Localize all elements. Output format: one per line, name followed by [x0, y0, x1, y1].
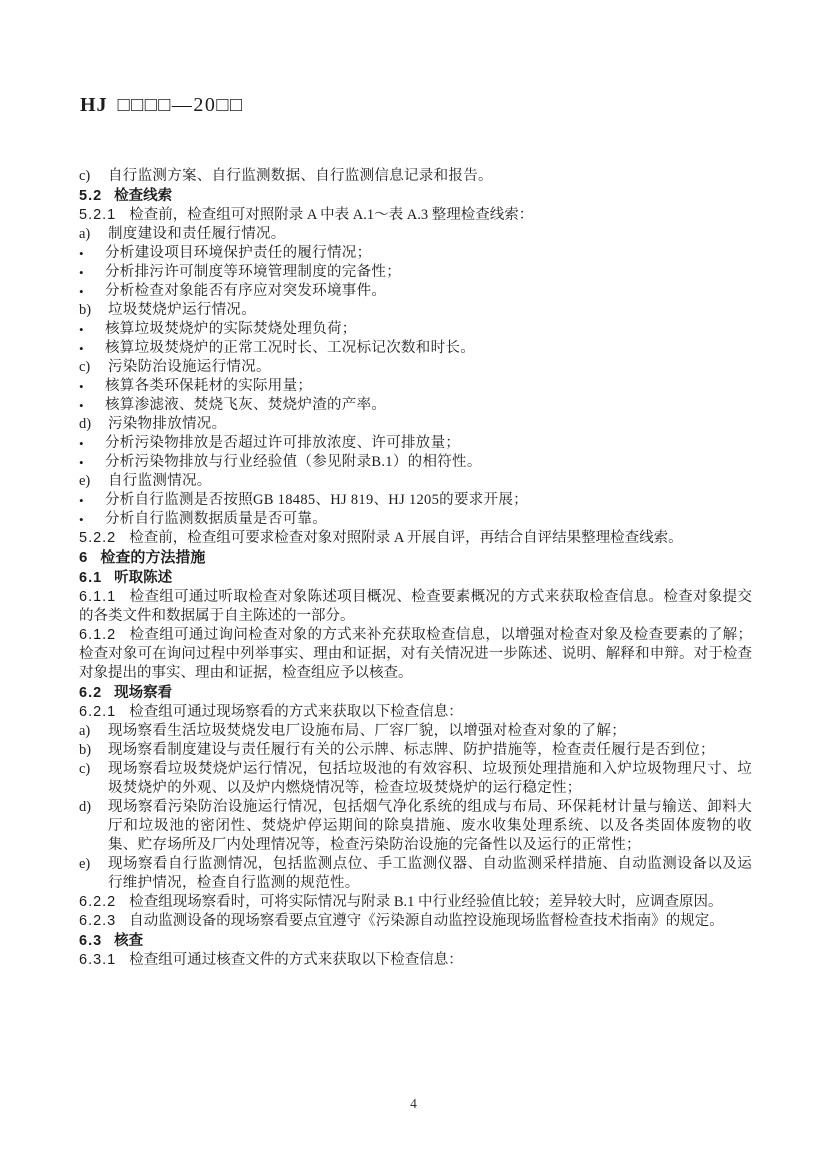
page-number: 4 — [0, 1096, 827, 1112]
clause-text: 检查组现场察看时，可将实际情况与附录 B.1 中行业经验值比较；差异较大时，应调… — [129, 894, 722, 910]
list-item-text: 现场察看自行监测情况，包括监测点位、手工监测仪器、自动监测采样措施、自动监测设备… — [108, 855, 752, 893]
list-item-text: 污染物排放情况。 — [108, 415, 752, 434]
list-item-text: 垃圾焚烧炉运行情况。 — [108, 301, 752, 320]
list-item-text: 分析污染物排放与行业经验值（参见附录B.1）的相符性。 — [105, 453, 752, 472]
list-item-text: 分析污染物排放是否超过许可排放浓度、许可排放量； — [105, 434, 752, 453]
list-item-text: 核算垃圾焚烧炉的正常工况时长、工况标记次数和时长。 — [105, 339, 752, 358]
section-number: 6.2 — [79, 685, 102, 701]
list-item-letter: c) 现场察看垃圾焚烧炉运行情况，包括垃圾池的有效容积、垃圾预处理措施和入炉垃圾… — [79, 760, 752, 798]
list-item-letter: b) 现场察看制度建设与责任履行有关的公示牌、标志牌、防护措施等，检查责任履行是… — [79, 741, 752, 760]
bullet-icon: • — [79, 510, 105, 529]
list-item-bullet: • 分析自行监测数据质量是否可靠。 — [79, 510, 752, 529]
section-title: 听取陈述 — [114, 570, 172, 586]
section-heading-6-1: 6.1听取陈述 — [79, 568, 752, 588]
list-item-letter: e) 现场察看自行监测情况，包括监测点位、手工监测仪器、自动监测采样措施、自动监… — [79, 855, 752, 893]
standard-code-prefix: HJ — [80, 94, 108, 116]
list-item-text: 现场察看垃圾焚烧炉运行情况，包括垃圾池的有效容积、垃圾预处理措施和入炉垃圾物理尺… — [108, 760, 752, 798]
clause-6-1-2: 6.1.2检查组可通过询问检查对象的方式来补充获取检查信息，以增强对检查对象及检… — [79, 626, 752, 683]
list-item-bullet: • 核算渗滤液、焚烧飞灰、焚烧炉渣的产率。 — [79, 396, 752, 415]
clause-text: 检查组可通过听取检查对象陈述项目概况、检查要素概况的方式来获取检查信息。检查对象… — [79, 589, 752, 624]
clause-number: 6.3.1 — [79, 952, 116, 968]
section-number: 6.3 — [79, 933, 102, 949]
list-item-bullet: • 核算各类环保耗材的实际用量； — [79, 377, 752, 396]
clause-number: 5.2.1 — [79, 207, 116, 223]
section-heading-6-3: 6.3核查 — [79, 931, 752, 951]
section-number: 6 — [79, 549, 88, 566]
list-item-text: 现场察看污染防治设施运行情况，包括烟气净化系统的组成与布局、环保耗材计量与输送、… — [108, 798, 752, 855]
list-item-label: c) — [79, 760, 108, 798]
document-page: HJ□□□□—20□□ c) 自行监测方案、自行监测数据、自行监测信息记录和报告… — [0, 0, 827, 1169]
bullet-icon: • — [79, 434, 105, 453]
section-number: 5.2 — [79, 188, 102, 204]
bullet-icon: • — [79, 377, 105, 396]
standard-code-number: □□□□—20□□ — [118, 94, 244, 116]
list-item-letter: b) 垃圾焚烧炉运行情况。 — [79, 301, 752, 320]
list-item-bullet: • 分析污染物排放是否超过许可排放浓度、许可排放量； — [79, 434, 752, 453]
list-item-text: 现场察看制度建设与责任履行有关的公示牌、标志牌、防护措施等，检查责任履行是否到位… — [108, 741, 752, 760]
list-item-label: d) — [79, 798, 108, 855]
list-item-label: b) — [79, 301, 108, 320]
clause-number: 6.2.1 — [79, 704, 116, 720]
list-item-text: 污染防治设施运行情况。 — [108, 358, 752, 377]
list-item-text: 核算渗滤液、焚烧飞灰、焚烧炉渣的产率。 — [105, 396, 752, 415]
clause-text: 检查前，检查组可要求检查对象对照附录 A 开展自评，再结合自评结果整理检查线索。 — [129, 530, 682, 546]
list-item-bullet: • 核算垃圾焚烧炉的正常工况时长、工况标记次数和时长。 — [79, 339, 752, 358]
bullet-icon: • — [79, 244, 105, 263]
clause-6-3-1: 6.3.1检查组可通过核查文件的方式来获取以下检查信息： — [79, 951, 752, 970]
bullet-icon: • — [79, 453, 105, 472]
list-item-text: 分析排污许可制度等环境管理制度的完备性； — [105, 263, 752, 282]
list-item-text: 分析检查对象能否有序应对突发环境事件。 — [105, 282, 752, 301]
clause-text: 检查组可通过核查文件的方式来获取以下检查信息： — [129, 952, 463, 968]
list-item-bullet: • 分析检查对象能否有序应对突发环境事件。 — [79, 282, 752, 301]
list-item-text: 分析建设项目环境保护责任的履行情况； — [105, 244, 752, 263]
clause-text: 检查组可通过现场察看的方式来获取以下检查信息： — [129, 704, 463, 720]
list-item-text: 自行监测情况。 — [108, 472, 752, 491]
section-title: 检查线索 — [114, 188, 172, 204]
list-item-text: 现场察看生活垃圾焚烧发电厂设施布局、厂容厂貌，以增强对检查对象的了解； — [108, 722, 752, 741]
bullet-icon: • — [79, 396, 105, 415]
list-item-bullet: • 分析建设项目环境保护责任的履行情况； — [79, 244, 752, 263]
bullet-icon: • — [79, 339, 105, 358]
section-heading-6: 6检查的方法措施 — [79, 548, 752, 568]
section-title: 现场察看 — [114, 685, 172, 701]
list-item-text: 核算垃圾焚烧炉的实际焚烧处理负荷； — [105, 320, 752, 339]
bullet-icon: • — [79, 320, 105, 339]
list-item-label: a) — [79, 722, 108, 741]
list-item-label: e) — [79, 472, 108, 491]
clause-text: 自动监测设备的现场察看要点宜遵守《污染源自动监控设施现场监督检查技术指南》的规定… — [129, 913, 724, 929]
section-heading-6-2: 6.2现场察看 — [79, 683, 752, 703]
bullet-icon: • — [79, 282, 105, 301]
list-item-letter: e) 自行监测情况。 — [79, 472, 752, 491]
list-item-bullet: • 分析自行监测是否按照GB 18485、HJ 819、HJ 1205的要求开展… — [79, 491, 752, 510]
list-item-text: 制度建设和责任履行情况。 — [108, 225, 752, 244]
section-title: 核查 — [114, 933, 143, 949]
list-item-bullet: • 分析排污许可制度等环境管理制度的完备性； — [79, 263, 752, 282]
clause-6-2-3: 6.2.3自动监测设备的现场察看要点宜遵守《污染源自动监控设施现场监督检查技术指… — [79, 912, 752, 931]
list-item-bullet: • 核算垃圾焚烧炉的实际焚烧处理负荷； — [79, 320, 752, 339]
list-item-letter: c) 污染防治设施运行情况。 — [79, 358, 752, 377]
section-heading-5-2: 5.2检查线索 — [79, 186, 752, 206]
document-body: c) 自行监测方案、自行监测数据、自行监测信息记录和报告。 5.2检查线索 5.… — [79, 167, 752, 970]
standard-code-header: HJ□□□□—20□□ — [80, 94, 244, 117]
list-item-letter: d) 现场察看污染防治设施运行情况，包括烟气净化系统的组成与布局、环保耗材计量与… — [79, 798, 752, 855]
clause-number: 5.2.2 — [79, 530, 116, 546]
clause-number: 6.2.3 — [79, 913, 116, 929]
clause-text: 检查前，检查组可对照附录 A 中表 A.1～表 A.3 整理检查线索： — [129, 207, 533, 223]
list-item-label: e) — [79, 855, 108, 893]
list-item-label: b) — [79, 741, 108, 760]
clause-5-2-2: 5.2.2检查前，检查组可要求检查对象对照附录 A 开展自评，再结合自评结果整理… — [79, 529, 752, 548]
clause-5-2-1: 5.2.1检查前，检查组可对照附录 A 中表 A.1～表 A.3 整理检查线索： — [79, 206, 752, 225]
clause-6-1-1: 6.1.1检查组可通过听取检查对象陈述项目概况、检查要素概况的方式来获取检查信息… — [79, 588, 752, 626]
clause-number: 6.1.1 — [79, 589, 116, 605]
clause-number: 6.1.2 — [79, 627, 116, 643]
list-item-letter: c) 自行监测方案、自行监测数据、自行监测信息记录和报告。 — [79, 167, 752, 186]
bullet-icon: • — [79, 491, 105, 510]
list-item-text: 自行监测方案、自行监测数据、自行监测信息记录和报告。 — [108, 167, 752, 186]
clause-6-2-1: 6.2.1检查组可通过现场察看的方式来获取以下检查信息： — [79, 703, 752, 722]
list-item-letter: a) 现场察看生活垃圾焚烧发电厂设施布局、厂容厂貌，以增强对检查对象的了解； — [79, 722, 752, 741]
list-item-label: a) — [79, 225, 108, 244]
list-item-text: 分析自行监测数据质量是否可靠。 — [105, 510, 752, 529]
bullet-icon: • — [79, 263, 105, 282]
list-item-label: d) — [79, 415, 108, 434]
list-item-bullet: • 分析污染物排放与行业经验值（参见附录B.1）的相符性。 — [79, 453, 752, 472]
list-item-text: 核算各类环保耗材的实际用量； — [105, 377, 752, 396]
clause-6-2-2: 6.2.2检查组现场察看时，可将实际情况与附录 B.1 中行业经验值比较；差异较… — [79, 893, 752, 912]
section-number: 6.1 — [79, 570, 102, 586]
list-item-letter: a) 制度建设和责任履行情况。 — [79, 225, 752, 244]
list-item-letter: d) 污染物排放情况。 — [79, 415, 752, 434]
clause-text: 检查组可通过询问检查对象的方式来补充获取检查信息，以增强对检查对象及检查要素的了… — [79, 627, 752, 681]
list-item-text: 分析自行监测是否按照GB 18485、HJ 819、HJ 1205的要求开展； — [105, 491, 752, 510]
list-item-label: c) — [79, 167, 108, 186]
section-title: 检查的方法措施 — [100, 549, 205, 566]
list-item-label: c) — [79, 358, 108, 377]
clause-number: 6.2.2 — [79, 894, 116, 910]
